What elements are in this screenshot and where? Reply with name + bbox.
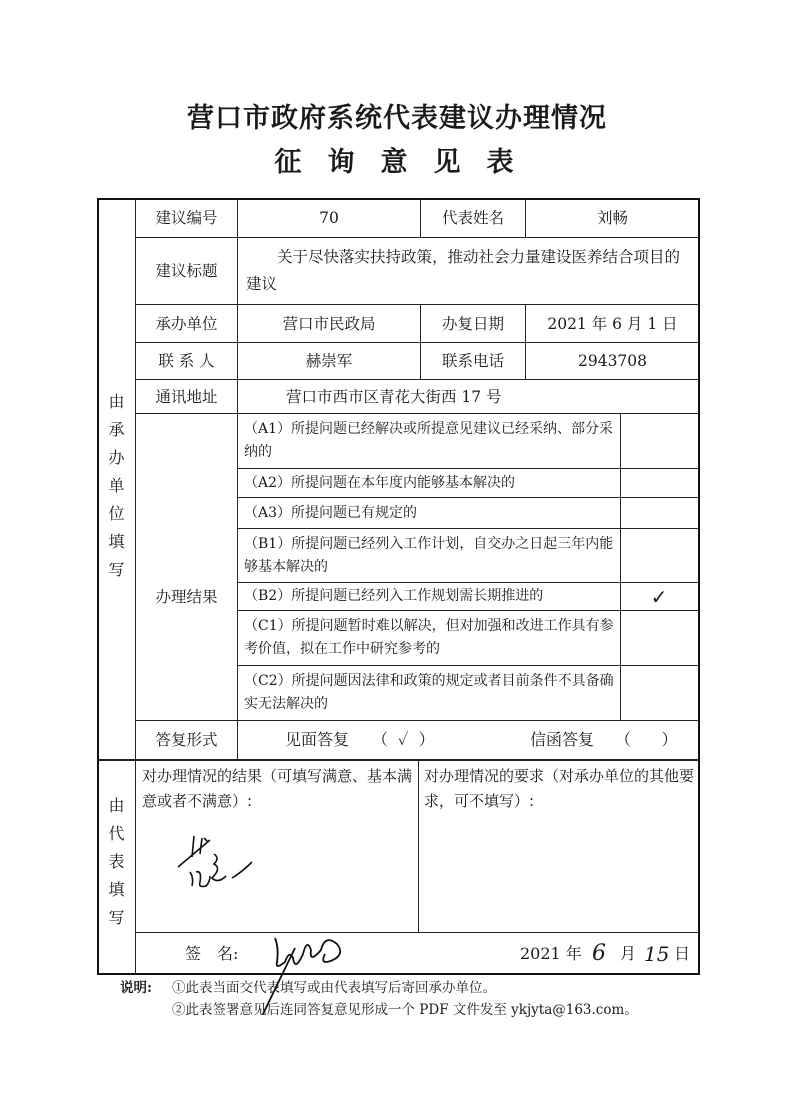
label-char: 办 (108, 444, 124, 472)
sign-label: 签 名: (185, 933, 265, 975)
letter-label: 信函答复 (530, 721, 610, 759)
phone-label: 联系电话 (421, 343, 525, 379)
sign-month[interactable]: 6 (592, 933, 616, 975)
proposal-title-field[interactable]: 关于尽快落实扶持政策，推动社会力量建设医养结合项目的建议 (238, 238, 699, 304)
option-b2: （B2）所提问题已经列入工作规划需长期推进的 (238, 583, 620, 610)
option-a2-checkbox[interactable] (620, 469, 698, 497)
notes-label: 说明: (120, 977, 152, 999)
unit-field[interactable]: 营口市民政局 (238, 305, 420, 342)
rep-name-field[interactable]: 刘畅 (526, 199, 699, 237)
label-char: 填 (108, 528, 124, 556)
option-c2-checkbox[interactable] (620, 666, 698, 720)
proposal-no-field[interactable]: 70 (238, 199, 420, 237)
option-c1-checkbox[interactable] (620, 611, 698, 665)
option-b1-checkbox[interactable] (620, 529, 698, 582)
label-char: 由 (108, 792, 124, 820)
option-b1: （B1）所提问题已经列入工作计划，自交办之日起三年内能够基本解决的 (238, 529, 620, 582)
sign-month-label: 月 (620, 933, 642, 975)
contact-field[interactable]: 赫崇军 (238, 343, 420, 379)
unit-label: 承办单位 (136, 305, 237, 342)
reply-date-label: 办复日期 (421, 305, 525, 342)
label-char: 表 (108, 848, 124, 876)
phone-field[interactable]: 2943708 (526, 343, 699, 379)
reply-form-label: 答复形式 (136, 721, 237, 759)
label-char: 单 (108, 472, 124, 500)
proposal-no-label: 建议编号 (136, 199, 237, 237)
note-line-1: ①此表当面交代表填写或由代表填写后寄回承办单位。 (172, 977, 496, 999)
proposal-title-label: 建议标题 (136, 238, 237, 304)
handwritten-satisfied[interactable] (170, 832, 270, 892)
option-c2: （C2）所提问题因法律和政策的规定或者目前条件不具备确实无法解决的 (238, 666, 620, 720)
letter-checkbox[interactable]: （ ） (615, 721, 699, 759)
document-subtitle: 征询意见表 (0, 140, 794, 179)
result-prompt: 对办理情况的结果（可填写满意、基本满意或者不满意）: (142, 764, 418, 818)
label-char: 由 (108, 388, 124, 416)
sign-year: 2021 年 (520, 933, 584, 975)
face-to-face-checkbox[interactable]: （ ✓ ） (372, 721, 472, 759)
label-char: 代 (108, 820, 124, 848)
address-label: 通讯地址 (136, 380, 237, 413)
results-label: 办理结果 (136, 414, 237, 720)
option-a2: （A2）所提问题在本年度内能够基本解决的 (238, 469, 620, 497)
sign-day[interactable]: 15 (644, 933, 674, 975)
section-label-undertaker: 由 承 办 单 位 填 写 (98, 388, 135, 584)
divider (418, 760, 419, 932)
handwriting-icon (170, 832, 270, 892)
option-a1-checkbox[interactable] (620, 414, 698, 468)
label-char: 填 (108, 876, 124, 904)
requirement-prompt: 对办理情况的要求（对承办单位的其他要求，可不填写）: (424, 764, 698, 818)
label-char: 位 (108, 500, 124, 528)
sign-day-label: 日 (674, 933, 696, 975)
section-label-representative: 由 代 表 填 写 (98, 792, 135, 932)
label-char: 承 (108, 416, 124, 444)
label-char: 写 (108, 556, 124, 584)
option-a1: （A1）所提问题已经解决或所提意见建议已经采纳、部分采纳的 (238, 414, 620, 468)
document-title: 营口市政府系统代表建议办理情况 (0, 96, 794, 135)
label-char: 写 (108, 904, 124, 932)
option-a3: （A3）所提问题已有规定的 (238, 498, 620, 528)
option-a3-checkbox[interactable] (620, 498, 698, 528)
contact-label: 联 系 人 (136, 343, 237, 379)
rep-name-label: 代表姓名 (421, 199, 525, 237)
reply-date-field[interactable]: 2021 年 6 月 1 日 (526, 305, 699, 342)
option-b2-checkbox[interactable]: ✓ (620, 583, 698, 610)
option-c1: （C1）所提问题暂时难以解决，但对加强和改进工作具有参考价值，拟在工作中研究参考… (238, 611, 620, 665)
note-line-2: ②此表签署意见后连同答复意见形成一个 PDF 文件发至 ykjyta@163.c… (172, 999, 638, 1021)
address-field[interactable]: 营口市西市区青花大街西 17 号 (238, 380, 699, 413)
face-to-face-label: 见面答复 (285, 721, 365, 759)
divider (98, 759, 699, 761)
